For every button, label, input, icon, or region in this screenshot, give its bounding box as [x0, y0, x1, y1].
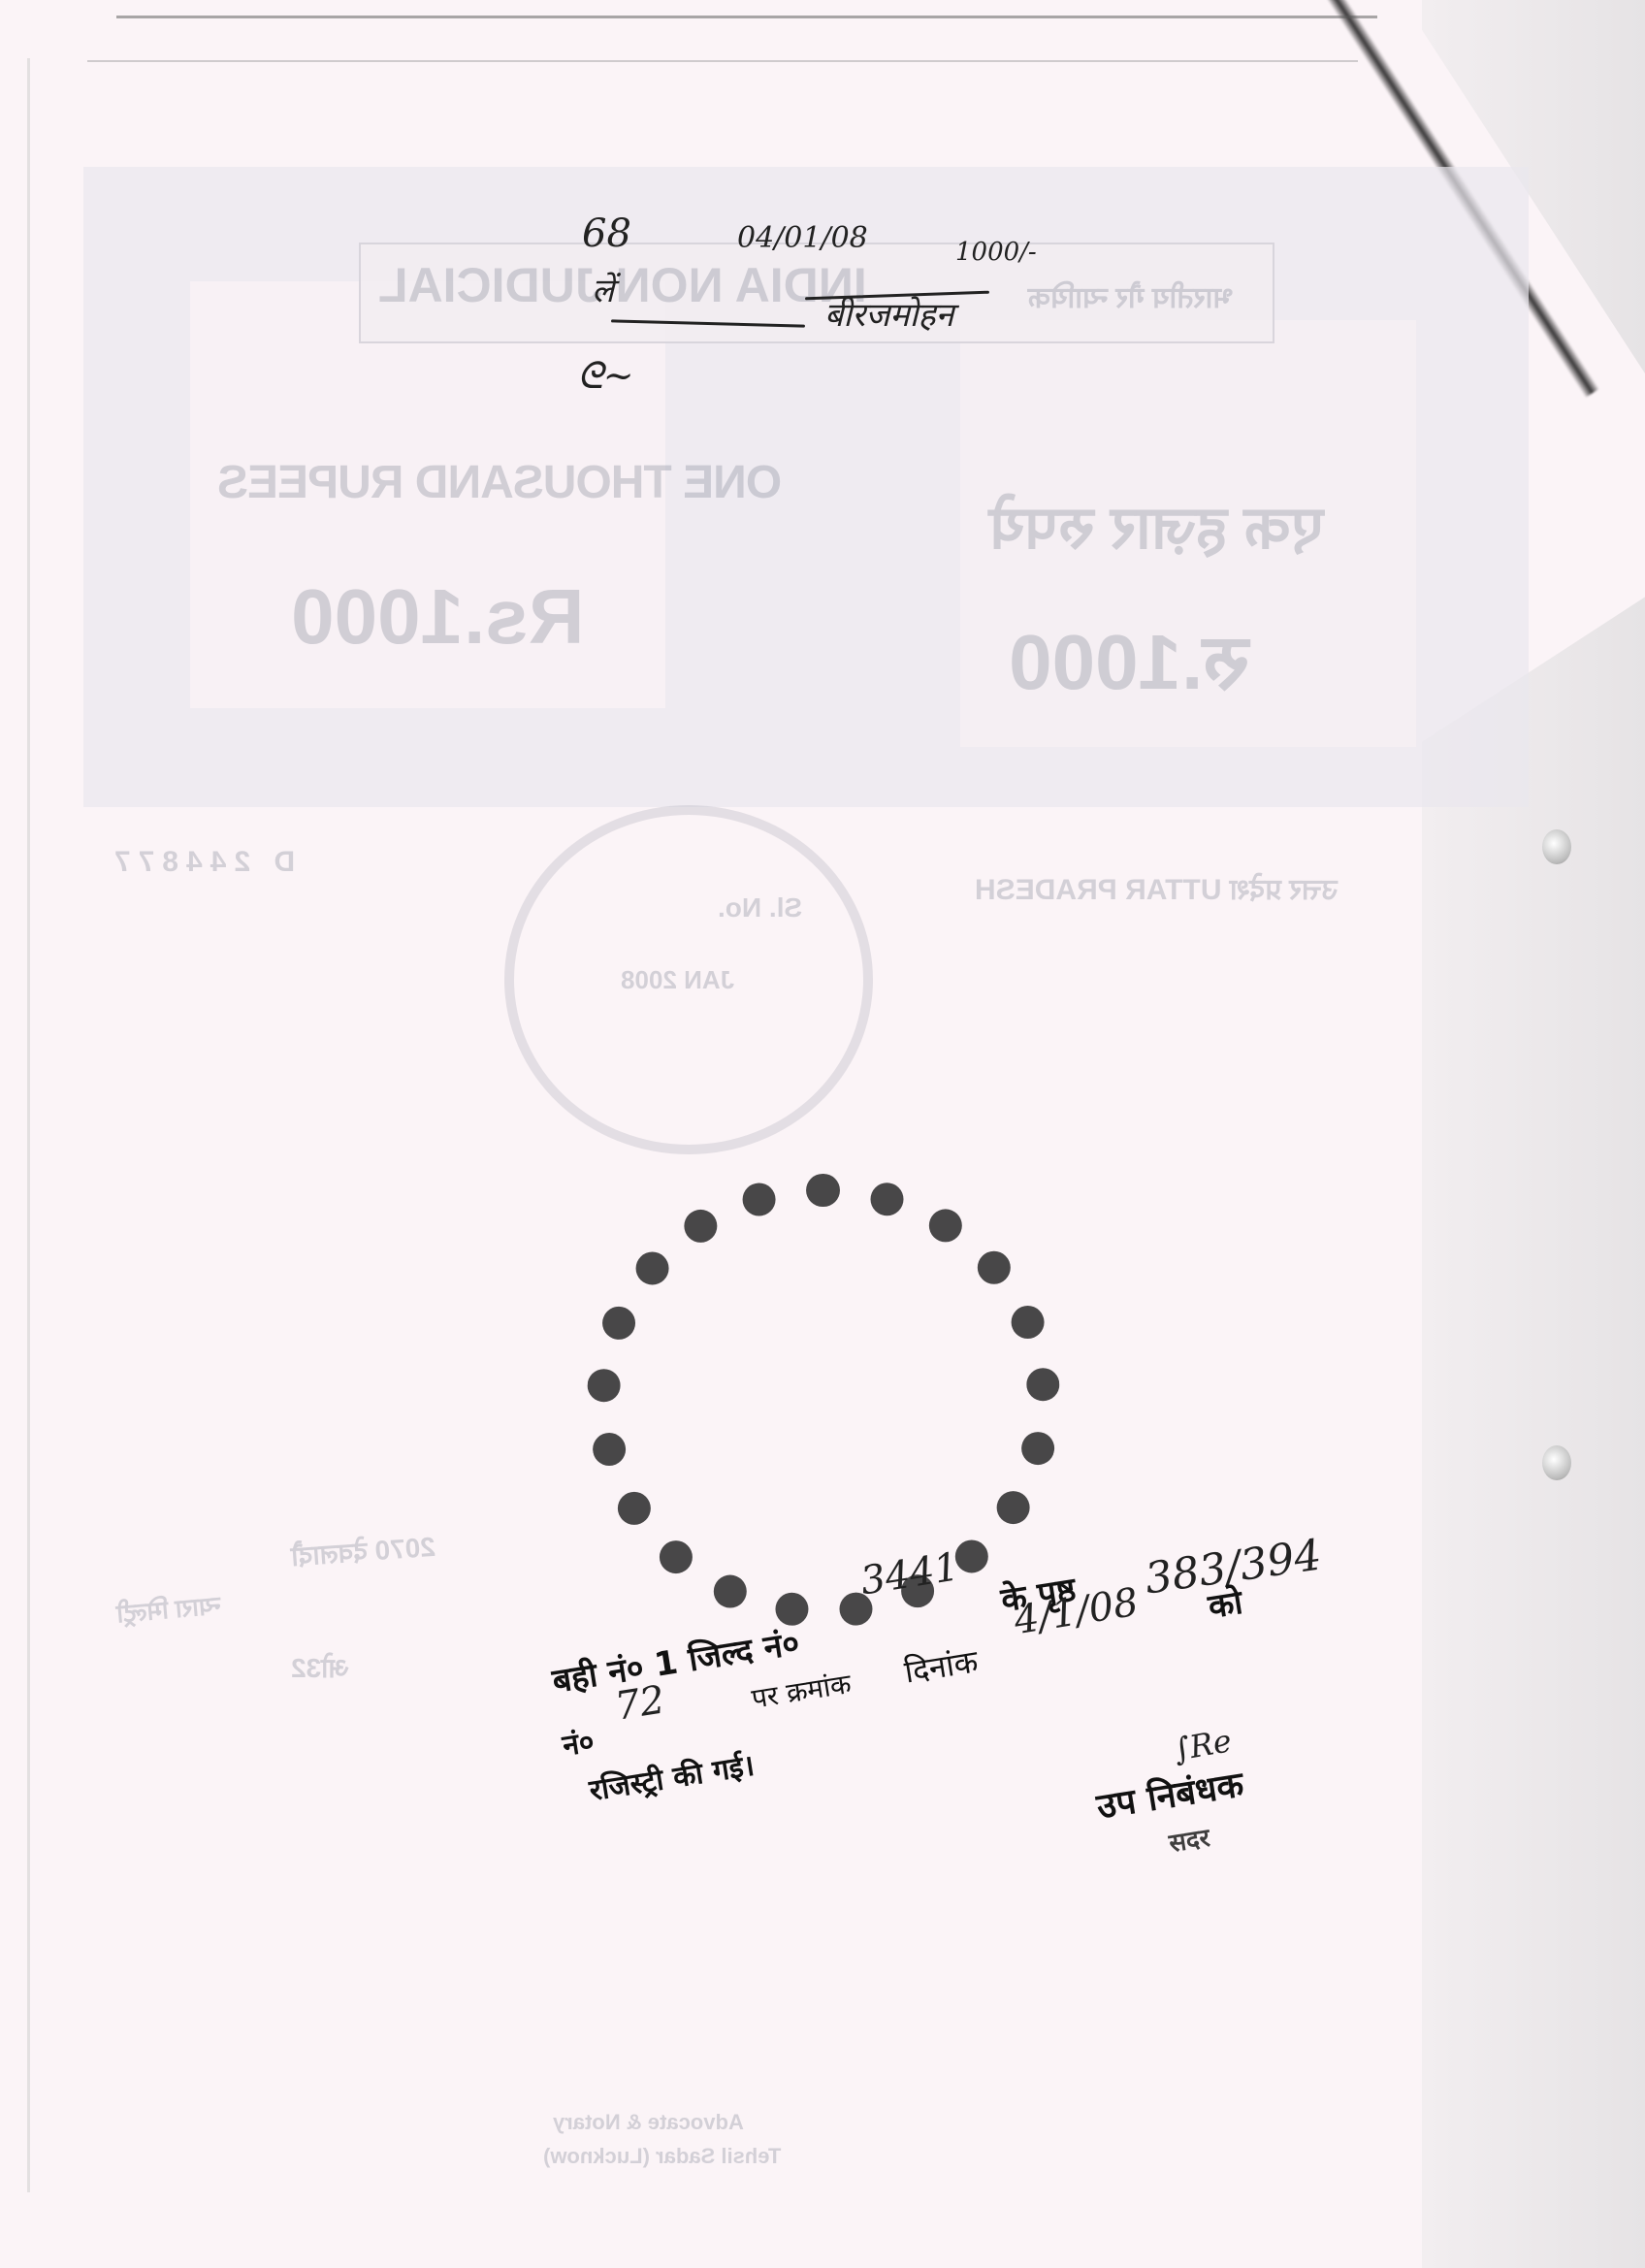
faded-note-3: ओ32: [291, 1649, 349, 1686]
faded-note-1: 2070 देवलादौ: [290, 1528, 436, 1574]
reg-line-2-prefix: पर क्रमांक: [749, 1665, 854, 1717]
amount-words-ghost: ONE THOUSAND RUPEES: [218, 456, 782, 509]
entry-amount: 1000/-: [955, 238, 1037, 267]
entry-number: 68: [582, 211, 631, 256]
amount-figure-hindi-ghost: रु.1000: [1009, 606, 1249, 712]
signature-scrawl: ᘓ~: [577, 354, 634, 398]
amount-words-hindi-ghost: एक हज़ार रुपये: [989, 485, 1324, 567]
faded-note-2: न्यारा मिल्ट्री: [115, 1586, 222, 1630]
reg-line-2-suffix: को: [1205, 1578, 1245, 1628]
reg-serial-handwritten: 72: [612, 1677, 667, 1729]
top-border-line: [87, 60, 1358, 62]
header-ghost: INDIA NON JUDICIAL: [378, 257, 867, 313]
reg-volume-handwritten: 3441: [857, 1544, 962, 1604]
reg-line-3: रजिस्ट्री की गई।: [586, 1744, 757, 1809]
state-ghost: उत्तर प्रदेश UTTAR PRADESH: [975, 868, 1338, 908]
amount-figure-ghost: Rs.1000: [291, 572, 584, 662]
sub-registrar-office: उप निबंधक: [1093, 1759, 1246, 1829]
left-margin-line: [27, 58, 30, 2192]
entry-initial: लें: [592, 267, 614, 311]
hindi-header-ghost: भारतीय गैर न्यायिक: [1028, 276, 1233, 316]
seal-serial-ghost: Sl. No.: [718, 892, 802, 923]
notary-line-1: Advocate & Notary: [553, 2110, 744, 2135]
reg-number-label: नं०: [560, 1720, 597, 1765]
punch-hole-top: [1542, 829, 1571, 864]
reg-date-label: दिनांक: [901, 1639, 981, 1692]
seal-date-ghost: JAN 2008: [621, 965, 734, 995]
serial-number-ghost: D 244877: [107, 846, 295, 879]
top-edge-line: [116, 16, 1377, 18]
scanned-page: INDIA NON JUDICIAL भारतीय गैर न्यायिक ON…: [0, 0, 1645, 2268]
entry-date: 04/01/08: [737, 221, 868, 255]
notary-line-2: Tehsil Sadar (Lucknow): [543, 2144, 781, 2169]
sub-registrar-place: सदर: [1166, 1819, 1211, 1860]
punch-hole-bottom: [1542, 1445, 1571, 1480]
